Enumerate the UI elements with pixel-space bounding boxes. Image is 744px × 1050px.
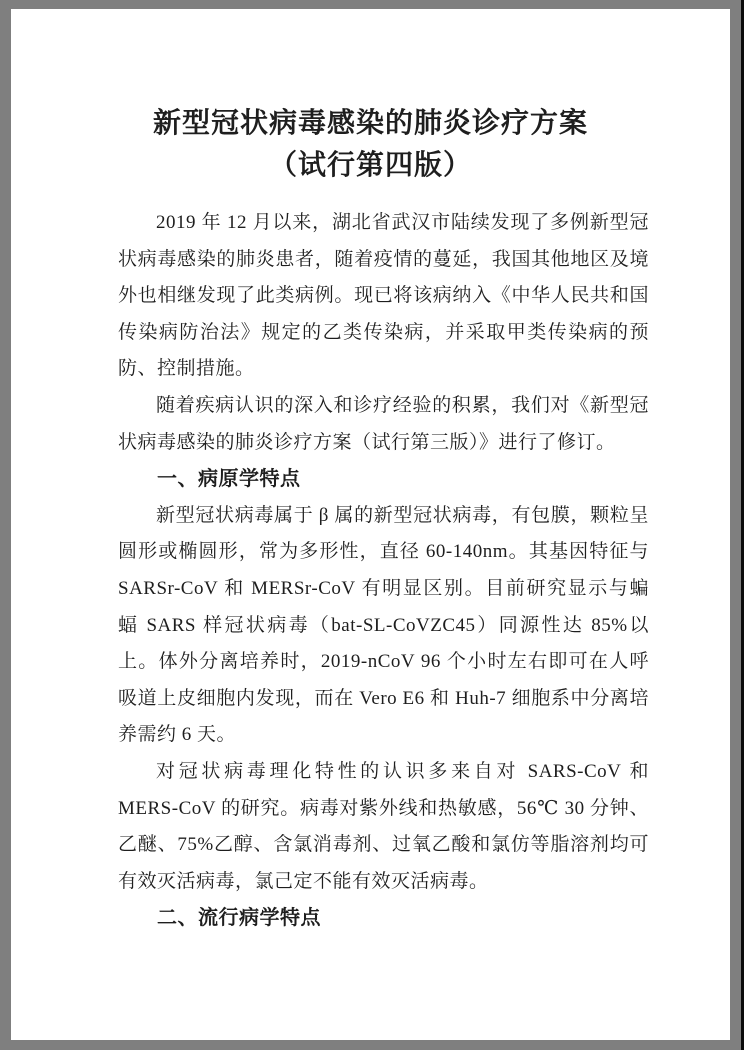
document-body: 2019 年 12 月以来，湖北省武汉市陆续发现了多例新型冠状病毒感染的肺炎患者… — [118, 205, 649, 937]
body-paragraph: 新型冠状病毒属于 β 属的新型冠状病毒，有包膜，颗粒呈圆形或椭圆形，常为多形性，… — [118, 498, 649, 754]
document-title-block: 新型冠状病毒感染的肺炎诊疗方案 （试行第四版） — [11, 103, 730, 187]
document-viewer-background: 新型冠状病毒感染的肺炎诊疗方案 （试行第四版） 2019 年 12 月以来，湖北… — [0, 0, 744, 1050]
body-paragraph: 随着疾病认识的深入和诊疗经验的积累，我们对《新型冠状病毒感染的肺炎诊疗方案（试行… — [118, 388, 649, 461]
section-heading: 一、病原学特点 — [118, 461, 649, 498]
document-title: 新型冠状病毒感染的肺炎诊疗方案 — [11, 103, 730, 145]
body-paragraph: 对冠状病毒理化特性的认识多来自对 SARS-CoV 和 MERS-CoV 的研究… — [118, 754, 649, 900]
body-paragraph: 2019 年 12 月以来，湖北省武汉市陆续发现了多例新型冠状病毒感染的肺炎患者… — [118, 205, 649, 388]
document-subtitle: （试行第四版） — [11, 145, 730, 187]
section-heading: 二、流行病学特点 — [118, 900, 649, 937]
document-page: 新型冠状病毒感染的肺炎诊疗方案 （试行第四版） 2019 年 12 月以来，湖北… — [11, 9, 730, 1040]
